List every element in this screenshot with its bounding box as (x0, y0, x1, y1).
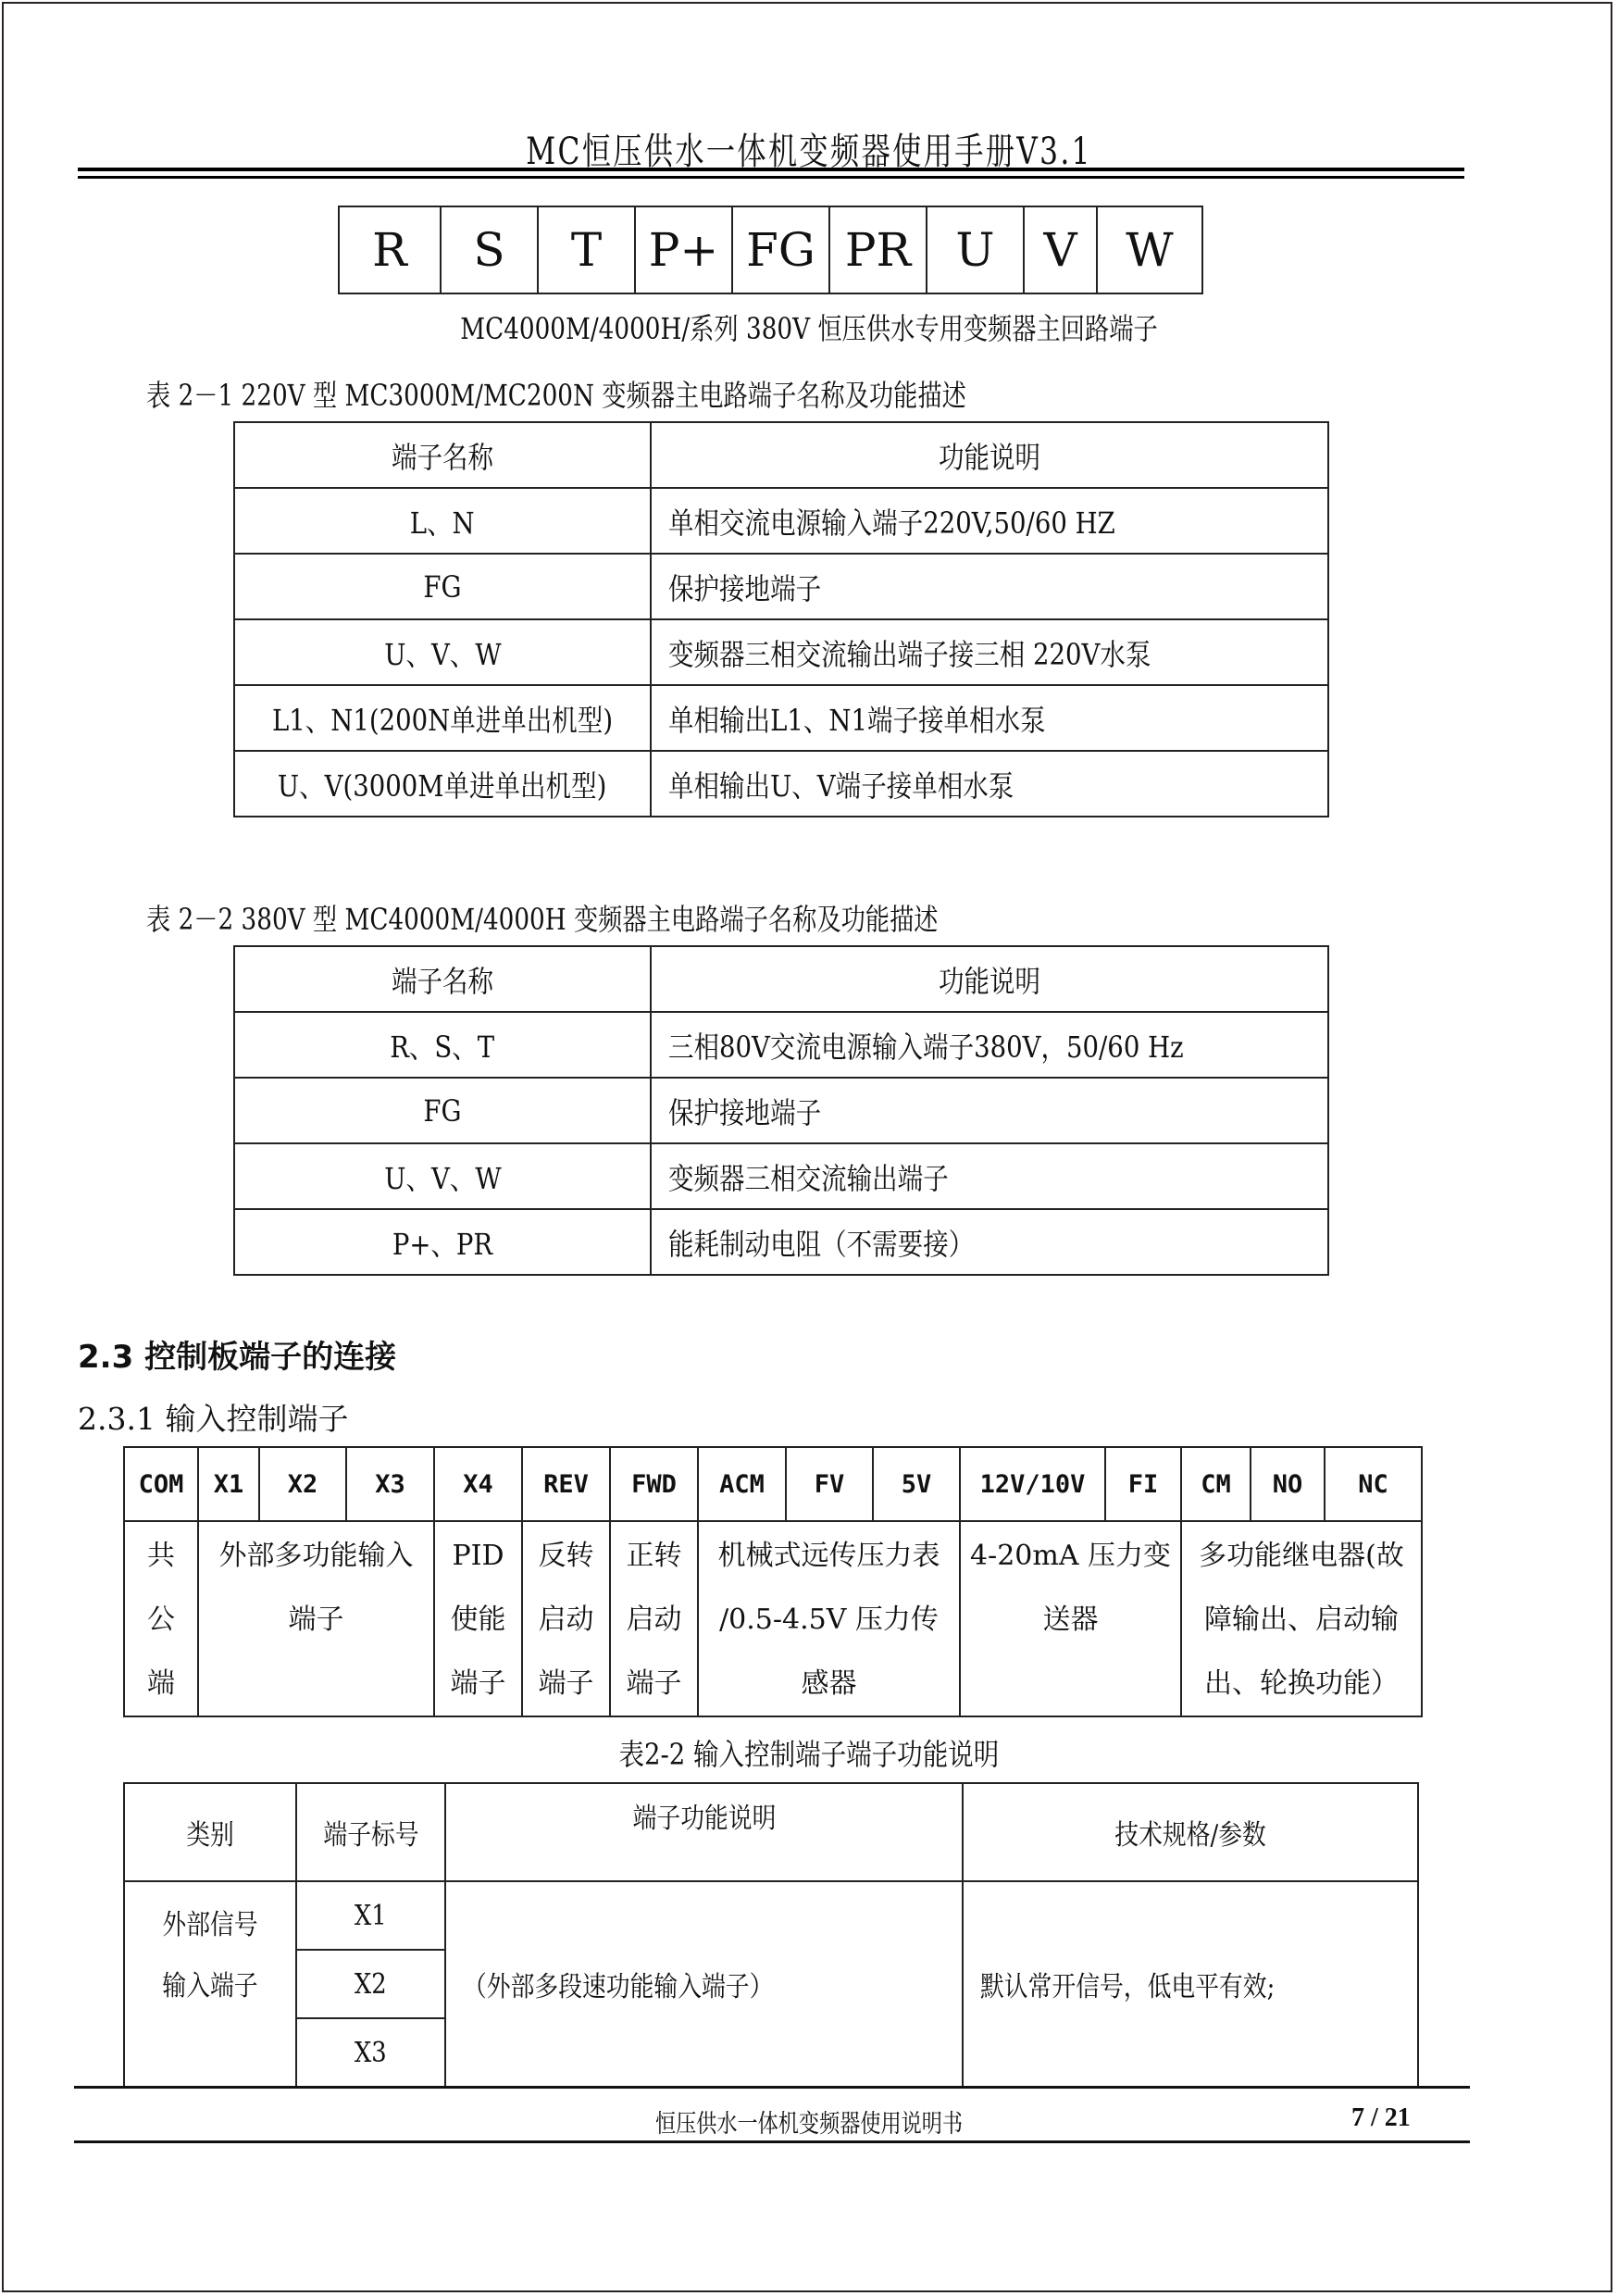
table-row: L1、N1(200N单进单出机型) 单相输出L1、N1端子接单相水泵 (234, 685, 1328, 751)
header-terminal-id: 端子标号 (296, 1783, 445, 1881)
terminal-no: NO (1251, 1447, 1325, 1521)
terminal-w: W (1097, 206, 1202, 293)
terminal-12v-10v: 12V/10V (960, 1447, 1105, 1521)
terminal-id-x3: X3 (296, 2018, 445, 2087)
terminal-pr: PR (829, 206, 927, 293)
subsection-heading: 2.3.1 输入控制端子 (78, 1395, 348, 1439)
desc-pressure-transmitter: 4-20mA 压力变 送器 (960, 1521, 1181, 1716)
terminal-strip-caption: MC4000M/4000H/系列 380V 恒压供水专用变频器主回路端子 (145, 306, 1472, 348)
desc-pid-enable: PID 使能 端子 (434, 1521, 522, 1716)
terminal-u: U (927, 206, 1024, 293)
section-heading: 2.3 控制板端子的连接 (78, 1331, 396, 1377)
table-2-2-caption: 表 2－2 380V 型 MC4000M/4000H 变频器主电路端子名称及功能… (146, 896, 939, 939)
terminal-name: U、V、W (384, 631, 501, 674)
desc-reverse-start: 反转 启动 端子 (522, 1521, 610, 1716)
terminal-x1: X1 (198, 1447, 259, 1521)
desc-common-terminal: 共 公 端 (124, 1521, 198, 1716)
terminal-v: V (1024, 206, 1097, 293)
table-2-1-caption: 表 2－1 220V 型 MC3000M/MC200N 变频器主电路端子名称及功… (146, 372, 966, 415)
terminal-function: 变频器三相交流输出端子接三相 220V水泵 (668, 631, 1151, 674)
header-rule (78, 168, 1464, 171)
terminal-fwd: FWD (610, 1447, 698, 1521)
terminal-function: 单相交流电源输入端子220V,50/60 HZ (668, 500, 1115, 543)
terminal-name: P+、PR (392, 1221, 492, 1264)
terminal-nc: NC (1325, 1447, 1422, 1521)
terminal-t: T (538, 206, 635, 293)
terminal-x3: X3 (346, 1447, 434, 1521)
table-row: L、N 单相交流电源输入端子220V,50/60 HZ (234, 488, 1328, 554)
terminal-p-plus: P+ (635, 206, 732, 293)
control-terminal-labels: COM X1 X2 X3 X4 REV FWD ACM FV 5V 12V/10… (124, 1447, 1422, 1521)
table-row: P+、PR 能耗制动电阻（不需要接） (234, 1209, 1328, 1275)
footer-rule (74, 2086, 1470, 2089)
function-cell: （外部多段速功能输入端子） (445, 1881, 963, 2087)
main-terminal-strip: R S T P+ FG PR U V W (338, 206, 1203, 294)
terminal-id-x2: X2 (296, 1950, 445, 2018)
terminal-function: 单相输出L1、N1端子接单相水泵 (668, 697, 1046, 740)
table-2-2: 端子名称 功能说明 R、S、T 三相80V交流电源输入端子380V，50/60 … (233, 945, 1329, 1276)
terminal-function: 变频器三相交流输出端子 (668, 1155, 949, 1198)
desc-pressure-gauge: 机械式远传压力表 /0.5-4.5V 压力传 感器 (698, 1521, 960, 1716)
table-header-terminal-name: 端子名称 (234, 422, 651, 488)
table-header-function: 功能说明 (651, 422, 1328, 488)
footer-title: 恒压供水一体机变频器使用说明书 (145, 2103, 1472, 2140)
terminal-fi: FI (1105, 1447, 1181, 1521)
desc-forward-start: 正转 启动 端子 (610, 1521, 698, 1716)
terminal-rev: REV (522, 1447, 610, 1521)
terminal-function: 能耗制动电阻（不需要接） (668, 1221, 974, 1264)
terminal-5v: 5V (873, 1447, 960, 1521)
terminal-function: 保护接地端子 (668, 566, 821, 608)
header-rule (78, 176, 1464, 179)
table-row: R、S、T 三相80V交流电源输入端子380V，50/60 Hz (234, 1012, 1328, 1078)
terminal-name: FG (423, 1093, 461, 1129)
terminal-name: U、V、W (384, 1155, 501, 1198)
terminal-name: FG (423, 569, 461, 605)
terminal-name: L、N (410, 500, 475, 543)
control-terminal-table: COM X1 X2 X3 X4 REV FWD ACM FV 5V 12V/10… (123, 1446, 1423, 1717)
terminal-r: R (339, 206, 441, 293)
terminal-x4: X4 (434, 1447, 522, 1521)
header-specification: 技术规格/参数 (963, 1783, 1418, 1881)
table-row: U、V、W 变频器三相交流输出端子 (234, 1143, 1328, 1209)
terminal-fv: FV (786, 1447, 873, 1521)
terminal-id-x1: X1 (296, 1881, 445, 1950)
terminal-x2: X2 (259, 1447, 346, 1521)
footer-rule (74, 2140, 1470, 2143)
terminal-name: L1、N1(200N单进单出机型) (272, 697, 613, 740)
terminal-fg: FG (732, 206, 829, 293)
function-table-caption: 表2-2 输入控制端子端子功能说明 (0, 1731, 1618, 1774)
terminal-acm: ACM (698, 1447, 786, 1521)
desc-multifunction-input: 外部多功能输入 端子 (198, 1521, 434, 1716)
terminal-function: 三相80V交流电源输入端子380V，50/60 Hz (668, 1024, 1184, 1067)
header-terminal-function: 端子功能说明 (445, 1783, 963, 1881)
table-header-terminal-name: 端子名称 (234, 946, 651, 1012)
table-2-1: 端子名称 功能说明 L、N 单相交流电源输入端子220V,50/60 HZ FG… (233, 421, 1329, 817)
function-table: 类别 端子标号 端子功能说明 技术规格/参数 外部信号 输入端子 X1 （外部多… (123, 1782, 1419, 2088)
table-row: U、V(3000M单进单出机型) 单相输出U、V端子接单相水泵 (234, 751, 1328, 817)
terminal-name: U、V(3000M单进单出机型) (278, 763, 606, 805)
terminal-cm: CM (1181, 1447, 1251, 1521)
terminal-com: COM (124, 1447, 198, 1521)
spec-cell: 默认常开信号，低电平有效; (963, 1881, 1418, 2087)
table-row: U、V、W 变频器三相交流输出端子接三相 220V水泵 (234, 619, 1328, 685)
table-row: FG 保护接地端子 (234, 1078, 1328, 1143)
desc-relay: 多功能继电器(故 障输出、启动输 出、轮换功能） (1181, 1521, 1422, 1716)
category-cell: 外部信号 输入端子 (124, 1881, 296, 2087)
table-row: FG 保护接地端子 (234, 554, 1328, 619)
terminal-name: R、S、T (391, 1024, 495, 1067)
terminal-s: S (441, 206, 538, 293)
terminal-function: 保护接地端子 (668, 1090, 821, 1132)
header-category: 类别 (124, 1783, 296, 1881)
terminal-function: 单相输出U、V端子接单相水泵 (668, 763, 1014, 805)
table-header-function: 功能说明 (651, 946, 1328, 1012)
control-terminal-descriptions: 共 公 端 外部多功能输入 端子 PID 使能 端子 反转 启动 端子 正转 启… (124, 1521, 1422, 1716)
page-number: 7 / 21 (1351, 2103, 1411, 2133)
